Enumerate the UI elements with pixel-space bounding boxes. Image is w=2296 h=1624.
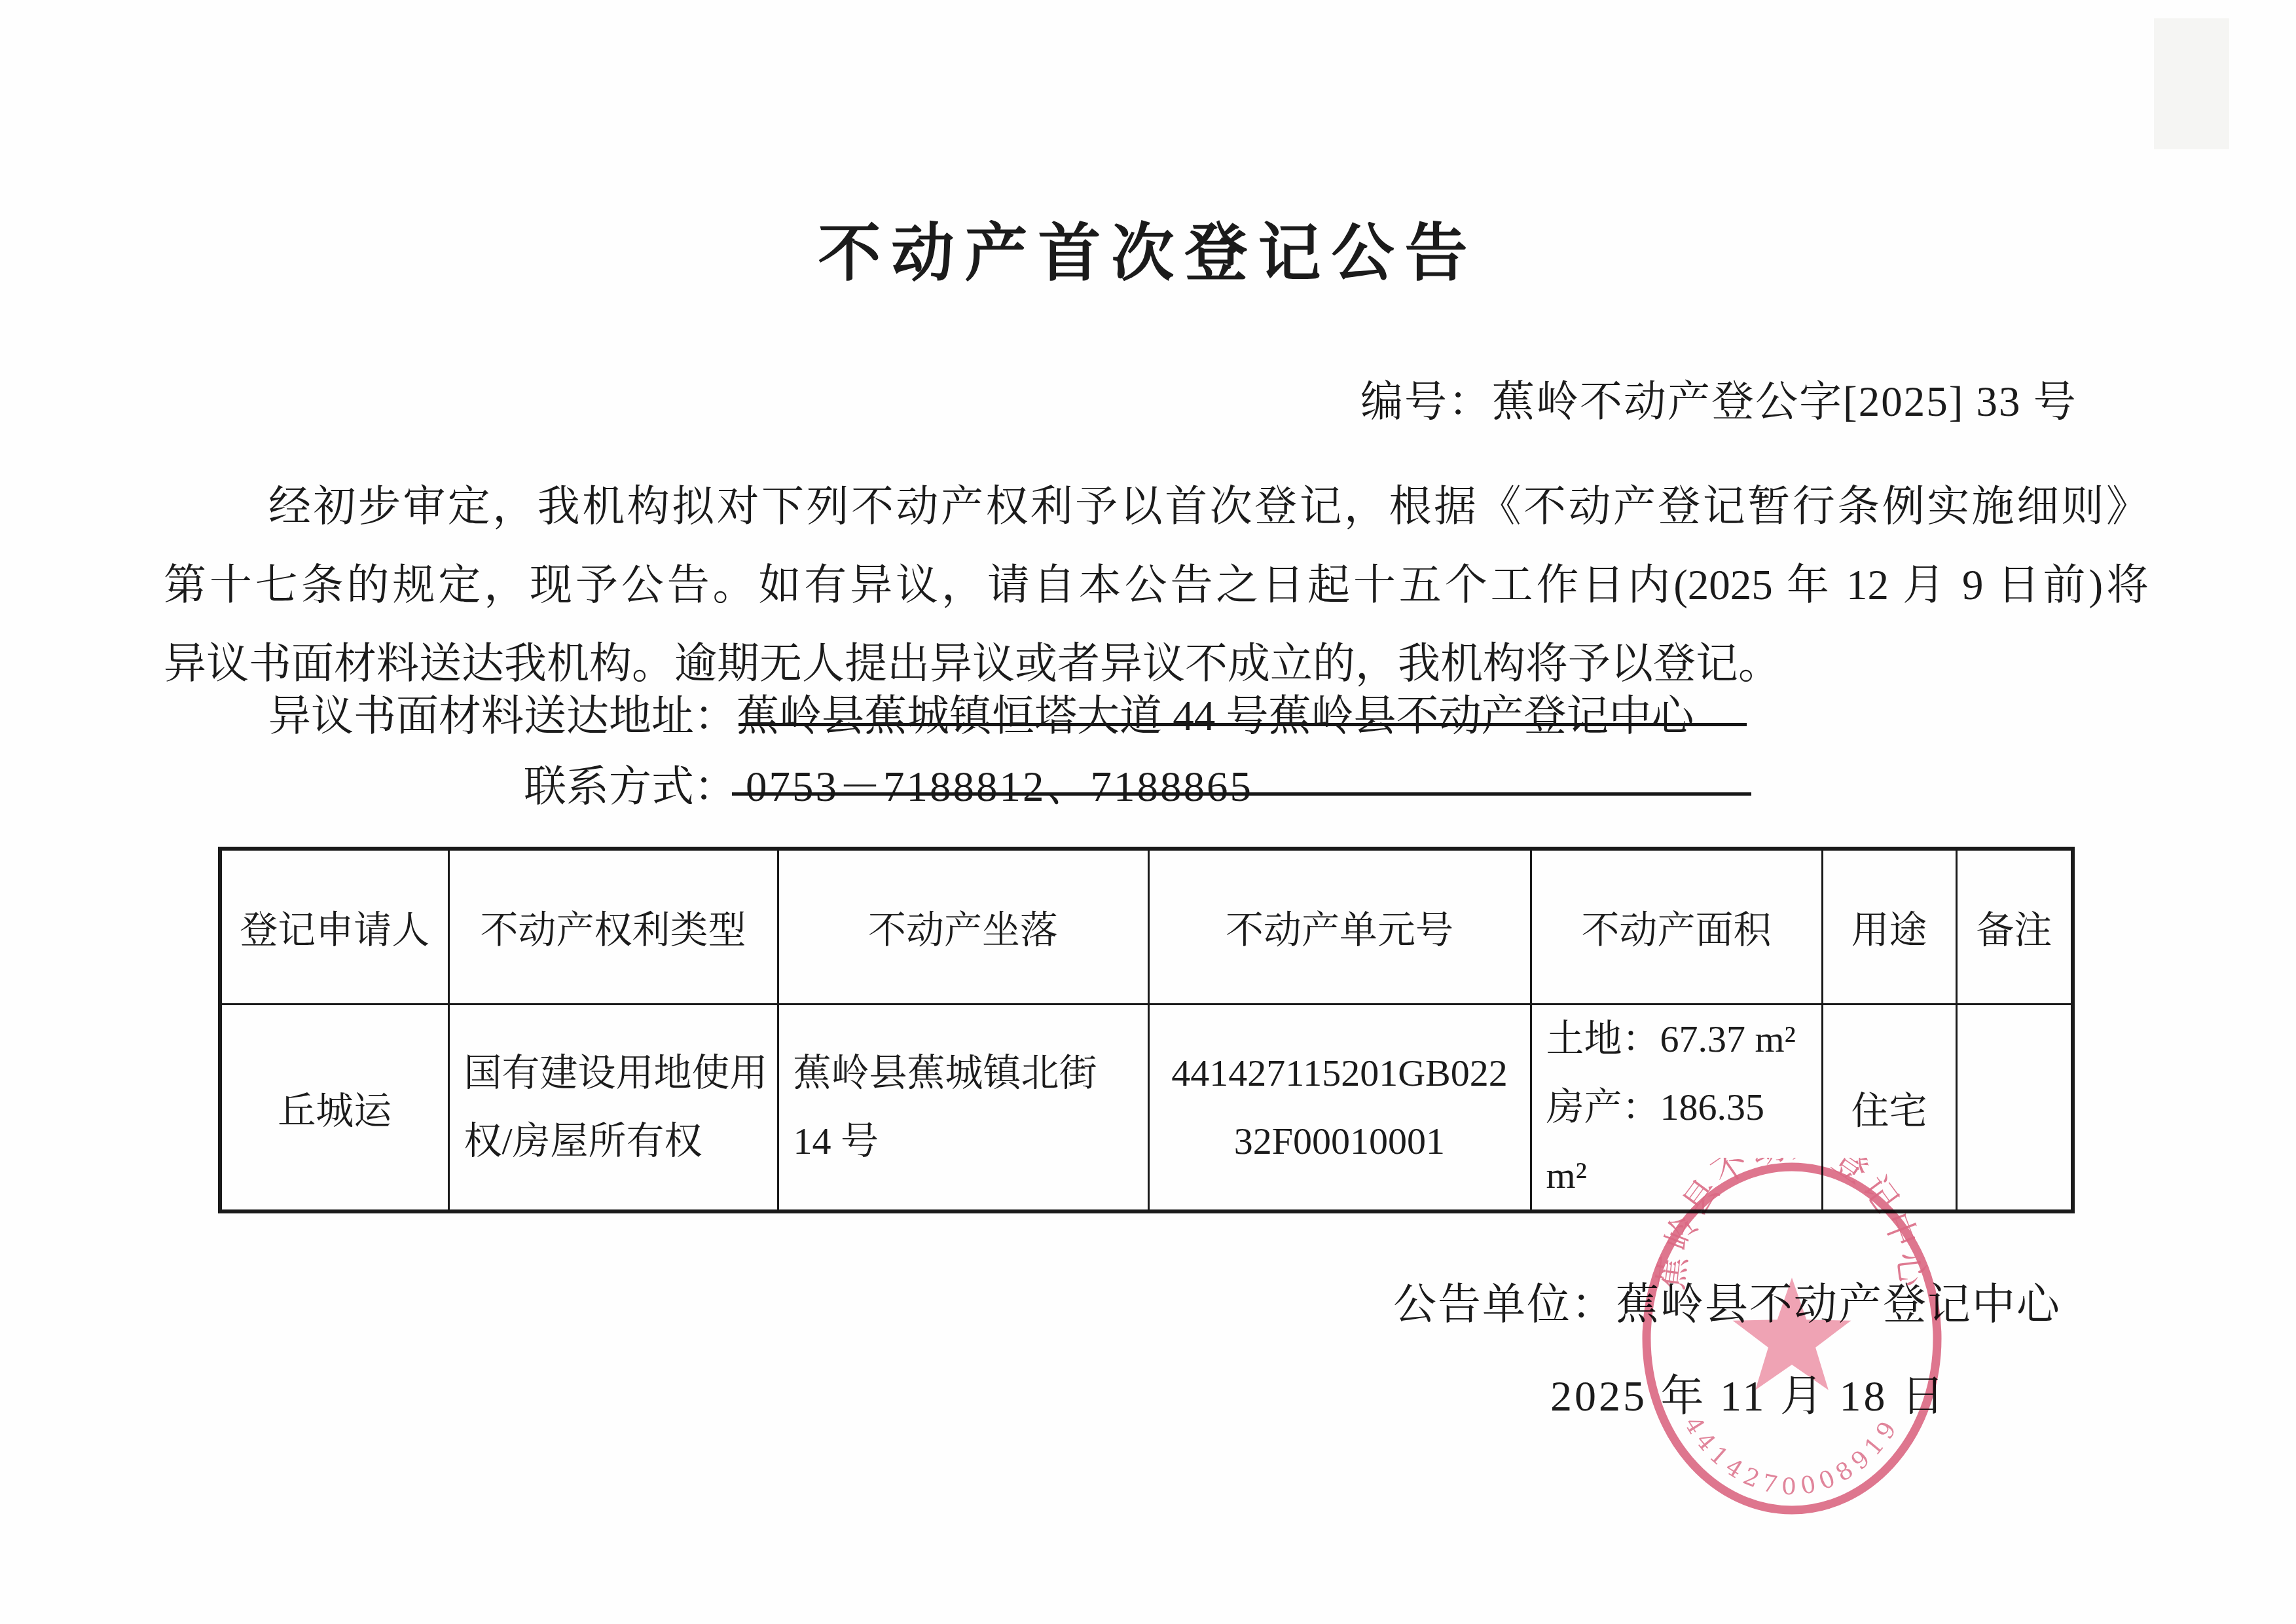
paragraph-line-2: 第十七条的规定，现予公告。如有异议，请自本公告之日起十五个工作日内(2025 年… [164, 546, 2149, 625]
seal-star-icon [1733, 1278, 1851, 1390]
unit-number-line-2: 32F00010001 [1150, 1107, 1530, 1175]
header-applicant: 登记申请人 [220, 849, 448, 1004]
unit-number-line-1: 441427115201GB022 [1150, 1039, 1530, 1107]
seal-ring-text: 蕉岭县不动产登记中心 [1653, 1158, 1931, 1293]
location-line-1: 蕉岭县蕉城镇北街 [793, 1039, 1139, 1107]
table-header-row: 登记申请人 不动产权利类型 不动产坐落 不动产单元号 不动产面积 用途 备注 [220, 849, 2073, 1004]
header-unit-number: 不动产单元号 [1148, 849, 1531, 1004]
scan-artifact [2154, 18, 2229, 149]
address-line: 异议书面材料送达地址：蕉岭县蕉城镇恒塔大道 44 号蕉岭县不动产登记中心 [268, 681, 1694, 743]
document-page: 不动产首次登记公告 编号：蕉岭不动产登公字[2025] 33 号 经初步审定，我… [0, 0, 2296, 1624]
contact-value: 0753－7188812、7188865 [737, 764, 1253, 811]
location-line-2: 14 号 [793, 1107, 1139, 1175]
header-remark: 备注 [1956, 849, 2073, 1004]
page-title: 不动产首次登记公告 [0, 203, 2296, 293]
address-underline [738, 723, 1747, 726]
contact-label: 联系方式： [524, 764, 737, 811]
header-right-type: 不动产权利类型 [448, 849, 778, 1004]
paragraph-line-1: 经初步审定，我机构拟对下列不动产权利予以首次登记，根据《不动产登记暂行条例实施细… [164, 468, 2149, 546]
address-value: 蕉岭县蕉城镇恒塔大道 44 号蕉岭县不动产登记中心 [737, 693, 1694, 740]
header-usage: 用途 [1822, 849, 1956, 1004]
contact-underline [732, 792, 1751, 796]
cell-unit-number: 441427115201GB022 32F00010001 [1148, 1004, 1531, 1211]
contact-line: 联系方式：0753－7188812、7188865 [524, 752, 1253, 813]
body-paragraph: 经初步审定，我机构拟对下列不动产权利予以首次登记，根据《不动产登记暂行条例实施细… [164, 468, 2149, 703]
header-area: 不动产面积 [1531, 849, 1822, 1004]
cell-location: 蕉岭县蕉城镇北街 14 号 [778, 1004, 1148, 1211]
cell-remark [1956, 1004, 2073, 1211]
document-number: 编号：蕉岭不动产登公字[2025] 33 号 [1360, 367, 2077, 428]
cell-applicant: 丘城运 [220, 1004, 448, 1211]
address-label: 异议书面材料送达地址： [268, 693, 737, 740]
cell-right-type: 国有建设用地使用权/房屋所有权 [448, 1004, 778, 1211]
header-location: 不动产坐落 [778, 849, 1148, 1004]
official-seal: 蕉岭县不动产登记中心 4414270008919 [1637, 1158, 1947, 1519]
area-land-line: 土地：67.37 m² [1546, 1005, 1812, 1073]
